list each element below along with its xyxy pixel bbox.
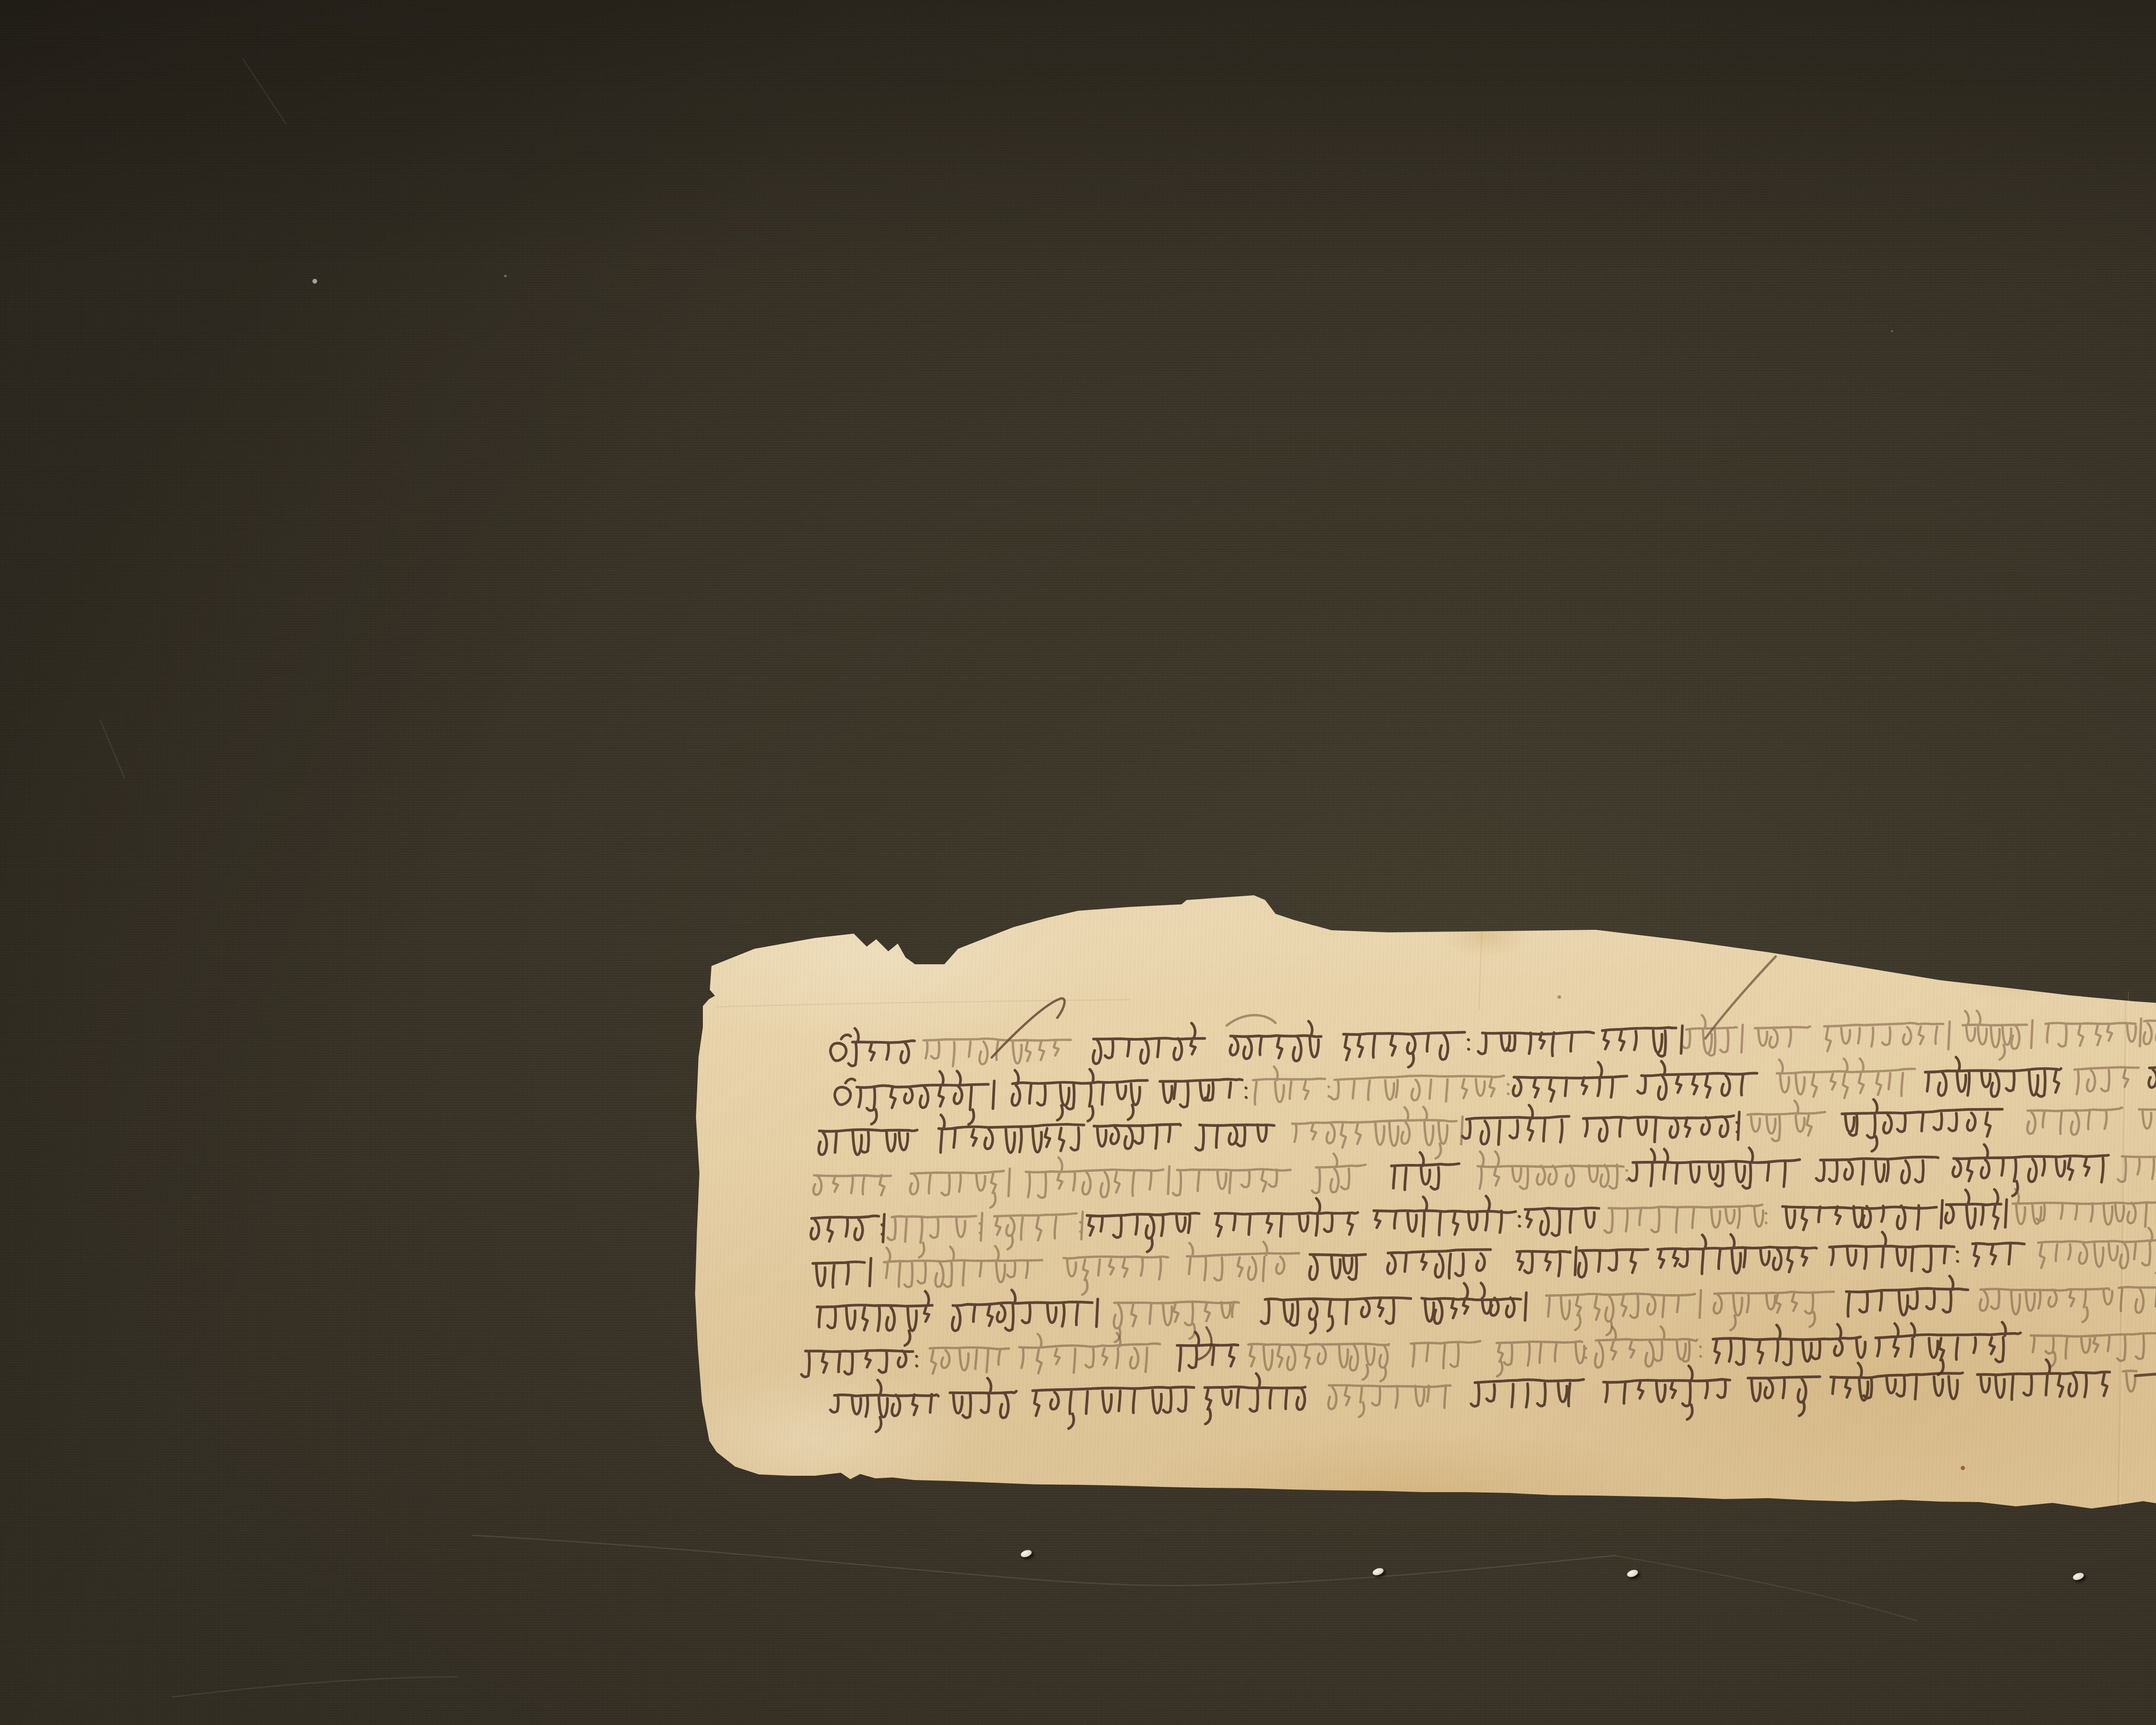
manuscript-line-text: ওঁ নমো গণেশায়॥ অমামষ্কানিকানামায়স্থাপন… — [793, 1022, 2156, 1066]
mounting-pin — [1020, 1549, 1032, 1558]
manuscript-line-text: পয়স্বতীং ঘৃতাচীং দেবানাং ধেনুরনপস্ফুরাষ… — [793, 1242, 2156, 1286]
manuscript-line-text: দারুনি মিঃ নহত ওঁ গ্রীষ্মন্তে ভূমে বর্ষা… — [793, 1154, 2156, 1198]
manuscript-line-text: নৃধেনুদম্বু ইত্যনেনাভিমন্ত্রয়েৎ। ততস্তয… — [793, 1286, 2156, 1330]
dust-speck — [504, 275, 507, 277]
dust-speck — [1891, 330, 1893, 332]
manuscript-line-text: প্রাদেশদ্বয় মিতাঃ ভূমিমাদায় দীর্ঘচতুরস… — [793, 1374, 2156, 1418]
mounting-pin — [1626, 1568, 1639, 1578]
dust-speck — [313, 279, 317, 284]
mounting-pin — [2072, 1571, 2084, 1581]
manuscript-line-text: ওঁ অবাচমশ্চ বাচমশ্চ বিলং বিস্মামি মায়য়… — [793, 1066, 2156, 1110]
dust-specks — [313, 275, 1893, 332]
manuscript-line-text: রাত্রে পৃথিবিনোদ্রুহূতাং। ইত্যনেন ভূমি ম… — [793, 1198, 2156, 1242]
photograph: ওঁ নমো গণেশায়॥ অমামষ্কানিকানামায়স্থাপন… — [0, 0, 2156, 1725]
mounting-pin — [1372, 1567, 1384, 1576]
manuscript-line-text: মন্ত্রেন দাত্রং হরীত্বা। ওঁ ওষধীর্দি ভূপ… — [793, 1110, 2156, 1154]
manuscript-line-text: ।ধ্মাকুণ্ডাৎ মৃত্তিলাদ্বা প্রাচাঃ দক্ষিণ… — [793, 1330, 2156, 1374]
